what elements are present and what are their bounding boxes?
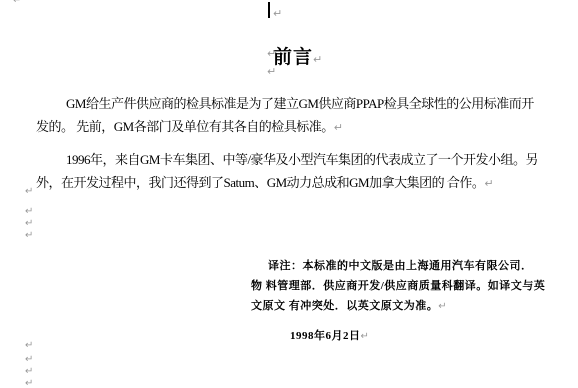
paragraph-mark-icon: ↵ [25, 230, 33, 241]
paragraph-mark-icon: ↵ [267, 47, 276, 60]
paragraph-mark-icon: ↵ [25, 206, 33, 217]
paragraph-mark-icon: ↵ [25, 366, 33, 377]
paragraph-mark-icon: ↵ [25, 186, 33, 197]
document-page[interactable]: ↵ ↵ 前言↵ ↵ ↵ GM给生产件供应商的检具标准是为了建立GM供应商PPAP… [0, 0, 578, 388]
paragraph-mark-icon: ↵ [25, 218, 33, 229]
paragraph-mark-icon: ↵ [334, 121, 343, 134]
paragraph-mark-icon: ↵ [25, 378, 33, 388]
date-text: 1998年6月2日 [290, 330, 361, 342]
paragraph-mark-icon: ↵ [438, 301, 446, 312]
paragraph-mark-icon: ↵ [361, 331, 369, 342]
paragraph-mark-icon: ↵ [273, 7, 282, 20]
paragraph-mark-icon: ↵ [13, 0, 21, 6]
body-text: 发的。 先前，GM各部门及单位有其各自的检具标准。 [36, 119, 334, 134]
date-line: 1998年6月2日↵ [277, 317, 369, 356]
text-cursor-icon [268, 2, 270, 18]
paragraph-mark-icon: ↵ [25, 340, 33, 351]
paragraph-mark-icon: ↵ [25, 354, 33, 365]
document-title: 前言 [273, 47, 313, 68]
paragraph-mark-icon: ↵ [267, 65, 276, 78]
paragraph-mark-icon: ↵ [313, 53, 322, 66]
body-text: 外，在开发过程中，我门还得到了Satum、GM动力总成和GM加拿大集团的 合作。 [36, 175, 484, 190]
paragraph-mark-icon: ↵ [484, 177, 493, 190]
note-text: 文原文 有冲突处．以英文原文为准。 [251, 300, 438, 312]
body-line: 外，在开发过程中，我门还得到了Satum、GM动力总成和GM加拿大集团的 合作。… [25, 160, 494, 206]
